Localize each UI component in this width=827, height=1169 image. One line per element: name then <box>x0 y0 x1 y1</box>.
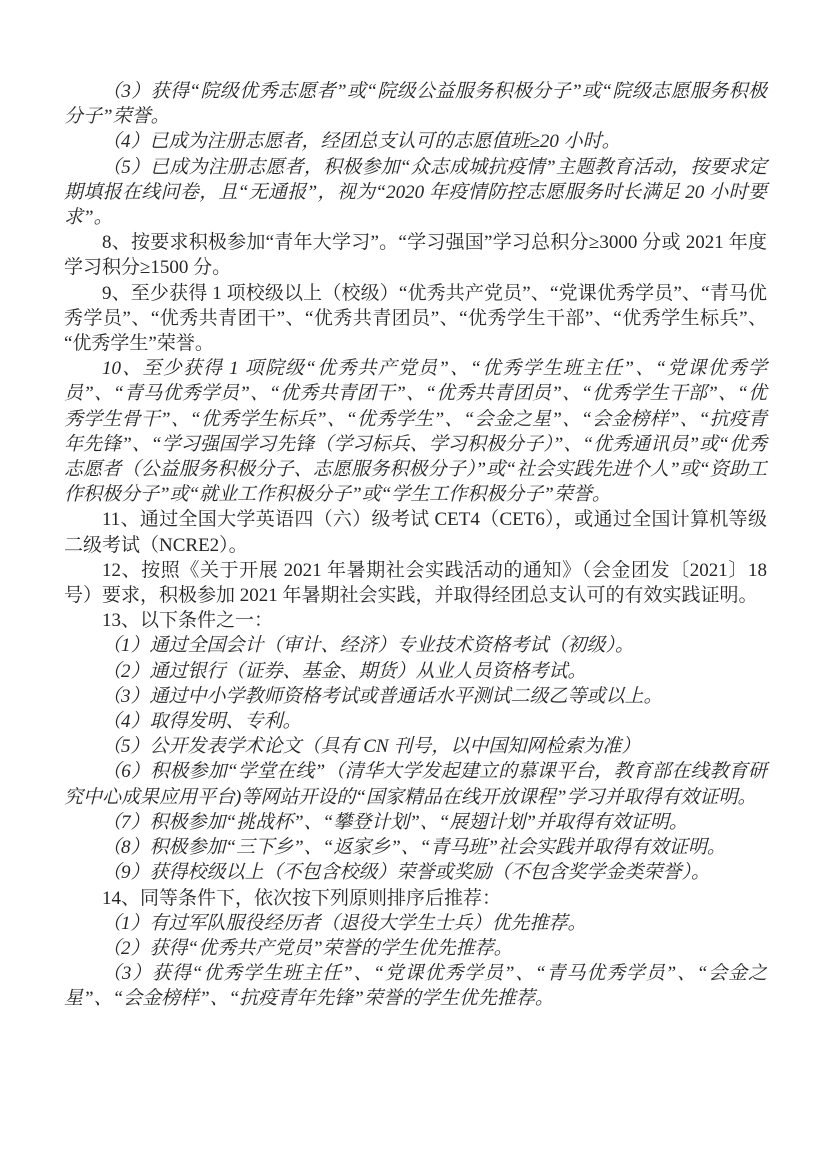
clause-4-registered-volunteer-hours: （4）已成为注册志愿者，经团总支认可的志愿值班≥20 小时。 <box>64 129 767 154</box>
item-13-sub-9-above-university-honor: （9）获得校级以上（不包含校级）荣誉或奖励（不包含奖学金类荣誉）。 <box>64 860 767 885</box>
item-13-conditions-heading: 13、以下条件之一： <box>64 608 767 633</box>
item-8-youth-study-points: 8、按要求积极参加“青年大学习”。“学习强国”学习总积分≥3000 分或 202… <box>64 230 767 280</box>
item-14-sub-1-military-service: （1）有过军队服役经历者（退役大学生士兵）优先推荐。 <box>64 911 767 936</box>
item-14-ranking-principles-heading: 14、同等条件下，依次按下列原则排序后推荐： <box>64 886 767 911</box>
document-page: （3）获得“院级优秀志愿者”或“院级公益服务积极分子”或“院级志愿服务积极分子”… <box>0 0 827 1169</box>
clause-5-pandemic-volunteer-activity: （5）已成为注册志愿者，积极参加“众志成城抗疫情”主题教育活动，按要求定期填报在… <box>64 155 767 231</box>
item-14-sub-2-outstanding-party-member: （2）获得“优秀共产党员”荣誉的学生优先推荐。 <box>64 936 767 961</box>
document-body: （3）获得“院级优秀志愿者”或“院级公益服务积极分子”或“院级志愿服务积极分子”… <box>64 79 767 1012</box>
item-13-sub-8-rural-practice: （8）积极参加“三下乡”、“返家乡”、“青马班”社会实践并取得有效证明。 <box>64 835 767 860</box>
item-9-university-level-honors: 9、至少获得 1 项校级以上（校级）“优秀共产党员”、“党课优秀学员”、“青马优… <box>64 281 767 357</box>
item-13-sub-6-mooc-courses: （6）积极参加“学堂在线”（清华大学发起建立的慕课平台，教育部在线教育研究中心成… <box>64 759 767 809</box>
item-13-sub-5-academic-paper: （5）公开发表学术论文（具有 CN 刊号，以中国知网检索为准） <box>64 734 767 759</box>
item-12-summer-social-practice: 12、按照《关于开展 2021 年暑期社会实践活动的通知》（会金团发〔2021〕… <box>64 558 767 608</box>
item-14-sub-3-other-honors-priority: （3）获得“优秀学生班主任”、“党课优秀学员”、“青马优秀学员”、“会金之星”、… <box>64 961 767 1011</box>
item-11-cet-ncre-exams: 11、通过全国大学英语四（六）级考试 CET4（CET6），或通过全国计算机等级… <box>64 507 767 557</box>
item-13-sub-3-teacher-putonghua: （3）通过中小学教师资格考试或普通话水平测试二级乙等或以上。 <box>64 684 767 709</box>
item-10-school-level-honors: 10、至少获得 1 项院级“优秀共产党员”、“优秀学生班主任”、“党课优秀学员”… <box>64 356 767 507</box>
item-13-sub-1-accounting-exam: （1）通过全国会计（审计、经济）专业技术资格考试（初级）。 <box>64 633 767 658</box>
item-13-sub-4-invention-patent: （4）取得发明、专利。 <box>64 709 767 734</box>
item-13-sub-7-challenge-cup: （7）积极参加“挑战杯”、“攀登计划”、“展翅计划”并取得有效证明。 <box>64 810 767 835</box>
item-13-sub-2-banking-exam: （2）通过银行（证券、基金、期货）从业人员资格考试。 <box>64 659 767 684</box>
clause-3-college-volunteer-honor: （3）获得“院级优秀志愿者”或“院级公益服务积极分子”或“院级志愿服务积极分子”… <box>64 79 767 129</box>
